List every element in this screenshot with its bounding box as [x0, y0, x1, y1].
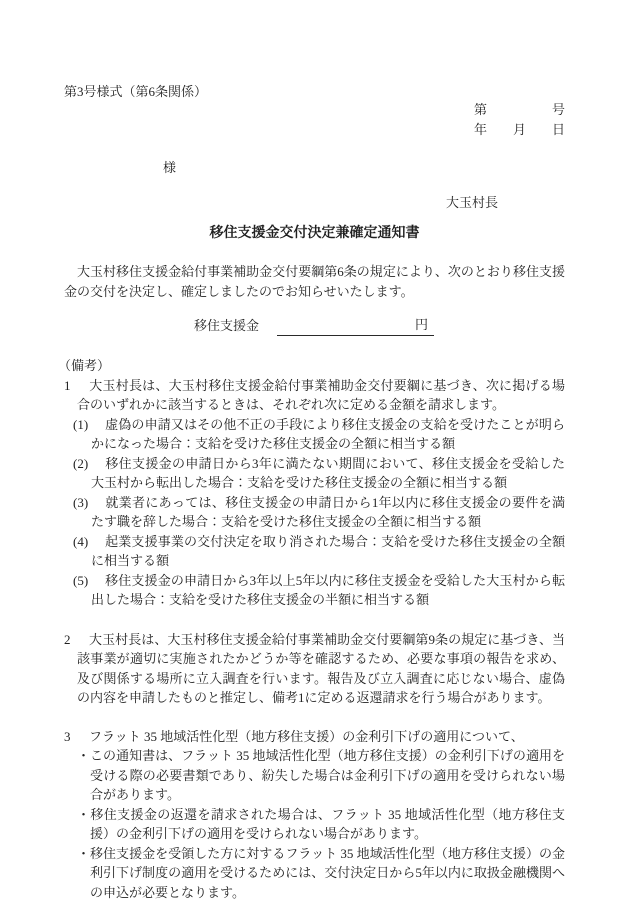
amount-line: 移住支援金円 — [64, 315, 565, 336]
subitem-4-text: 起業支援事業の交付決定を取り消された場合：支給を受けた移住支援金の全額に相当する… — [91, 534, 565, 569]
subitem-1-number: (1) — [73, 415, 105, 435]
sender-name: 大玉村長 — [64, 193, 565, 213]
note-item-3: 3フラット 35 地域活性化型（地方移住支援）の金利引下げの適用について、 — [64, 727, 565, 747]
note-item-1: 1大玉村長は、大玉村移住支援金給付事業補助金交付要綱に基づき、次に掲げる場合のい… — [64, 376, 565, 415]
document-title: 移住支援金交付決定兼確定通知書 — [64, 222, 565, 242]
subitem-3-number: (3) — [73, 493, 105, 513]
document-page: 第3号様式（第6条関係） 第 号 年 月 日 様 大玉村長 移住支援金交付決定兼… — [0, 0, 630, 903]
note-3-bullet-2: ・移住支援金の返還を請求された場合は、フラット 35 地域活性化型（地方移住支援… — [77, 805, 565, 844]
notes-header: （備考） — [58, 356, 565, 376]
note-2-text: 大玉村長は、大玉村移住支援金給付事業補助金交付要綱第9条の規定に基づき、当該事業… — [77, 632, 565, 706]
form-number: 第3号様式（第6条関係） — [64, 84, 565, 100]
subitem-5-number: (5) — [73, 571, 105, 591]
note-3-bullet-1: ・この通知書は、フラット 35 地域活性化型（地方移住支援）の金利引下げの適用を… — [77, 746, 565, 805]
subitem-1-text: 虚偽の申請又はその他不正の手段により移住支援金の支給を受けたことが明らかになった… — [91, 417, 565, 452]
note-2-number: 2 — [64, 630, 89, 650]
subitem-5-text: 移住支援金の申請日から3年以上5年以内に移住支援金を受給した大玉村から転出した場… — [91, 573, 565, 608]
note-1-subitem-1: (1)虚偽の申請又はその他不正の手段により移住支援金の支給を受けたことが明らかに… — [73, 415, 565, 454]
note-1-text: 大玉村長は、大玉村移住支援金給付事業補助金交付要綱に基づき、次に掲げる場合のいず… — [77, 378, 565, 413]
note-1-number: 1 — [64, 376, 89, 396]
addressee-line: 様 — [64, 158, 565, 178]
note-1-subitem-5: (5)移住支援金の申請日から3年以上5年以内に移住支援金を受給した大玉村から転出… — [73, 571, 565, 610]
note-1-subitem-3: (3)就業者にあっては、移住支援金の申請日から1年以内に移住支援金の要件を満たす… — [73, 493, 565, 532]
note-3-bullet-3: ・移住支援金を受領した方に対するフラット 35 地域活性化型（地方移住支援）の金… — [77, 844, 565, 903]
note-3-text: フラット 35 地域活性化型（地方移住支援）の金利引下げの適用について、 — [89, 729, 524, 744]
intro-paragraph: 大玉村移住支援金給付事業補助金交付要綱第6条の規定により、次のとおり移住支援金の… — [64, 262, 565, 301]
subitem-3-text: 就業者にあっては、移住支援金の申請日から1年以内に移住支援金の要件を満たす職を辞… — [91, 495, 565, 530]
addressee-suffix: 様 — [163, 160, 176, 175]
note-1-subitem-2: (2)移住支援金の申請日から3年に満たない期間において、移住支援金を受給した大玉… — [73, 454, 565, 493]
document-number-line: 第 号 — [64, 100, 565, 120]
note-item-2: 2大玉村長は、大玉村移住支援金給付事業補助金交付要綱第9条の規定に基づき、当該事… — [64, 630, 565, 708]
amount-unit: 円 — [415, 317, 428, 332]
note-3-number: 3 — [64, 727, 89, 747]
note-1-subitem-4: (4)起業支援事業の交付決定を取り消された場合：支給を受けた移住支援金の全額に相… — [73, 532, 565, 571]
amount-label: 移住支援金 — [194, 316, 259, 336]
subitem-4-number: (4) — [73, 532, 105, 552]
amount-blank-field: 円 — [277, 315, 434, 336]
date-line: 年 月 日 — [64, 120, 565, 140]
subitem-2-number: (2) — [73, 454, 105, 474]
subitem-2-text: 移住支援金の申請日から3年に満たない期間において、移住支援金を受給した大玉村から… — [91, 456, 565, 491]
